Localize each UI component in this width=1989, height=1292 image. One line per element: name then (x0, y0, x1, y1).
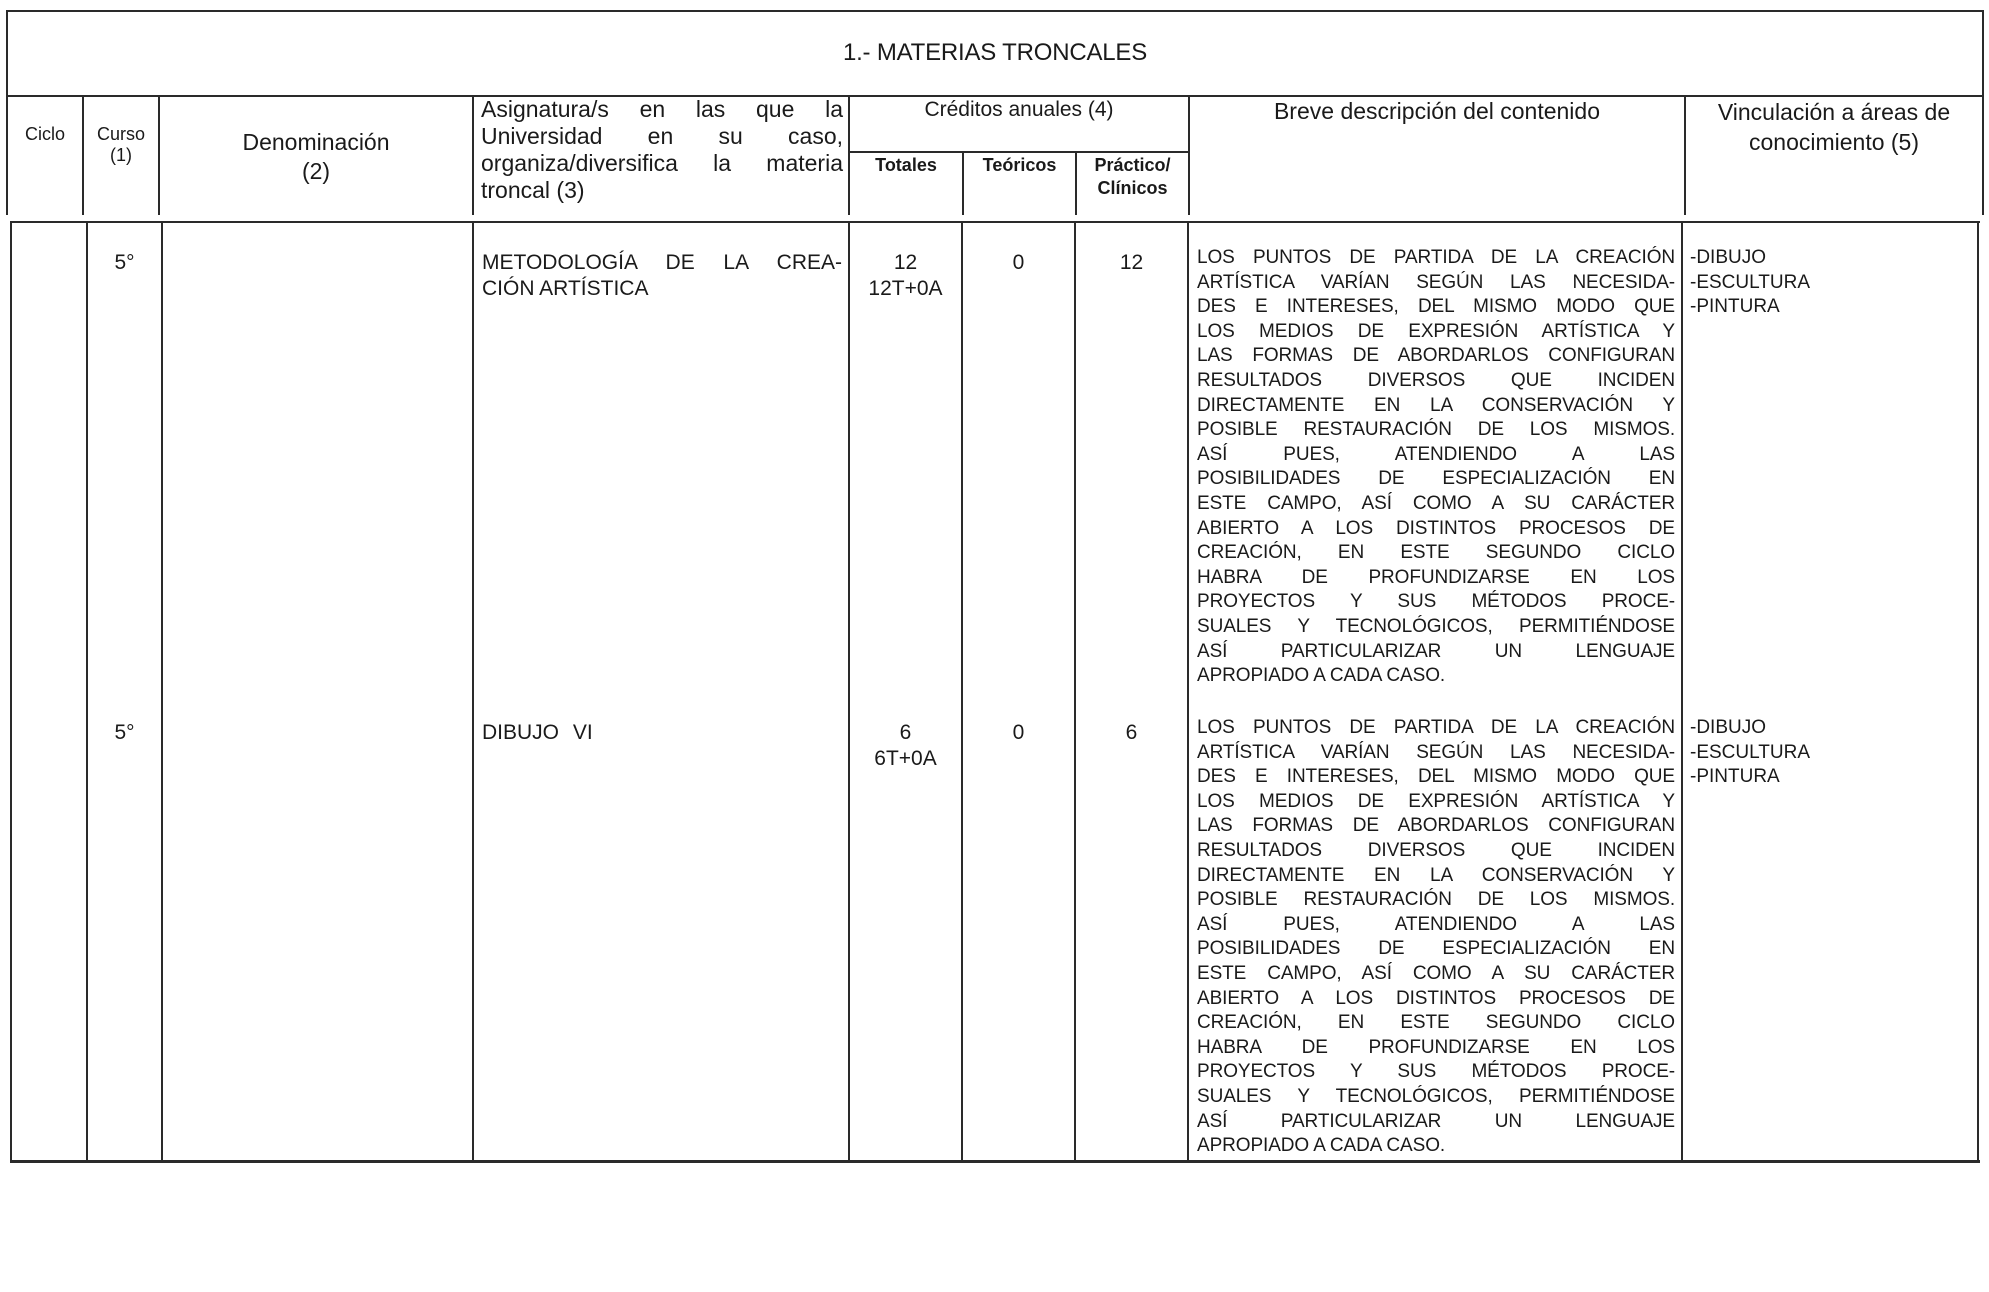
descripcion-line: APROPIADO A CADA CASO. (1197, 1134, 1675, 1159)
descripcion-line: POSIBLE RESTAURACIÓN DE LOS MISMOS. (1197, 888, 1675, 913)
header-curso: Curso (1) (84, 124, 158, 166)
border (472, 221, 474, 1162)
descripcion-line: ESTE CAMPO, ASÍ COMO A SU CARÁCTER (1197, 962, 1675, 987)
border (1074, 221, 1076, 1162)
header-curso-label: Curso (84, 124, 158, 145)
descripcion-line: RESULTADOS DIVERSOS QUE INCIDEN (1197, 839, 1675, 864)
descripcion-line: LOS MEDIOS DE EXPRESIÓN ARTÍSTICA Y (1197, 790, 1675, 815)
border (10, 221, 1980, 223)
header-denominacion-note: (2) (160, 157, 472, 186)
practicos-value: 12 (1076, 250, 1187, 276)
descripcion-line: CREACIÓN, EN ESTE SEGUNDO CICLO (1197, 541, 1675, 566)
header-practicos-line: Clínicos (1077, 177, 1188, 200)
header-asignaturas-line: Universidad en su caso, (481, 123, 843, 150)
descripcion-line: ASÍ PUES, ATENDIENDO A LAS (1197, 443, 1675, 468)
header-vinculacion: Vinculación a áreas de conocimiento (5) (1686, 97, 1982, 157)
teoricos-value: 0 (963, 720, 1074, 746)
descripcion-line: LOS MEDIOS DE EXPRESIÓN ARTÍSTICA Y (1197, 320, 1675, 345)
border (10, 221, 12, 1162)
area-item: -PINTURA (1690, 765, 1810, 790)
practicos-value: 6 (1076, 720, 1187, 746)
header-vinculacion-line: Vinculación a áreas de (1686, 97, 1982, 127)
descripcion-value: LOS PUNTOS DE PARTIDA DE LA CREACIÓNARTÍ… (1197, 246, 1675, 689)
totales-value: 12 12T+0A (850, 250, 961, 302)
area-item: -DIBUJO (1690, 246, 1810, 271)
area-item: -DIBUJO (1690, 716, 1810, 741)
descripcion-line: ABIERTO A LOS DISTINTOS PROCESOS DE (1197, 987, 1675, 1012)
header-ciclo: Ciclo (8, 124, 82, 145)
header-creditos: Créditos anuales (4) (850, 97, 1188, 123)
teoricos-value: 0 (963, 250, 1074, 276)
descripcion-line: DIRECTAMENTE EN LA CONSERVACIÓN Y (1197, 394, 1675, 419)
descripcion-line: LOS PUNTOS DE PARTIDA DE LA CREACIÓN (1197, 246, 1675, 271)
asignatura-line: CIÓN ARTÍSTICA (482, 276, 842, 302)
descripcion-line: APROPIADO A CADA CASO. (1197, 664, 1675, 689)
totales-number: 12 (850, 250, 961, 276)
descripcion-line: POSIBILIDADES DE ESPECIALIZACIÓN EN (1197, 467, 1675, 492)
asignatura-value: DIBUJO VI (482, 720, 842, 746)
descripcion-line: HABRA DE PROFUNDIZARSE EN LOS (1197, 1036, 1675, 1061)
descripcion-line: POSIBILIDADES DE ESPECIALIZACIÓN EN (1197, 937, 1675, 962)
descripcion-line: CREACIÓN, EN ESTE SEGUNDO CICLO (1197, 1011, 1675, 1036)
descripcion-line: LAS FORMAS DE ABORDARLOS CONFIGURAN (1197, 344, 1675, 369)
descripcion-line: HABRA DE PROFUNDIZARSE EN LOS (1197, 566, 1675, 591)
descripcion-line: ARTÍSTICA VARÍAN SEGÚN LAS NECESIDA- (1197, 271, 1675, 296)
border (848, 221, 850, 1162)
header-vinculacion-line: conocimiento (5) (1686, 127, 1982, 157)
descripcion-line: DIRECTAMENTE EN LA CONSERVACIÓN Y (1197, 864, 1675, 889)
header-totales: Totales (850, 154, 962, 177)
border (10, 1160, 1980, 1163)
areas-value: -DIBUJO-ESCULTURA-PINTURA (1690, 716, 1810, 790)
header-asignaturas-line: Asignatura/s en las que la (481, 96, 843, 123)
header-denominacion: Denominación (2) (160, 128, 472, 186)
descripcion-line: LAS FORMAS DE ABORDARLOS CONFIGURAN (1197, 814, 1675, 839)
header-denominacion-label: Denominación (160, 128, 472, 157)
header-teoricos: Teóricos (964, 154, 1075, 177)
header-curso-note: (1) (84, 145, 158, 166)
descripcion-line: POSIBLE RESTAURACIÓN DE LOS MISMOS. (1197, 418, 1675, 443)
totales-detail: 6T+0A (850, 746, 961, 772)
header-asignaturas: Asignatura/s en las que la Universidad e… (481, 96, 843, 204)
asignatura-value: METODOLOGÍA DE LA CREA- CIÓN ARTÍSTICA (482, 250, 842, 302)
border (161, 221, 163, 1162)
descripcion-line: ABIERTO A LOS DISTINTOS PROCESOS DE (1197, 517, 1675, 542)
border (1681, 221, 1683, 1162)
totales-number: 6 (850, 720, 961, 746)
descripcion-line: PROYECTOS Y SUS MÉTODOS PROCE- (1197, 1060, 1675, 1085)
area-item: -PINTURA (1690, 295, 1810, 320)
border (472, 95, 474, 215)
asignatura-line: METODOLOGÍA DE LA CREA- (482, 250, 842, 276)
descripcion-value: LOS PUNTOS DE PARTIDA DE LA CREACIÓNARTÍ… (1197, 716, 1675, 1159)
header-descripcion: Breve descripción del contenido (1190, 97, 1684, 125)
curso-value: 5° (88, 250, 161, 276)
descripcion-line: DES E INTERESES, DEL MISMO MODO QUE (1197, 295, 1675, 320)
asignatura-line: DIBUJO VI (482, 720, 842, 746)
descripcion-line: SUALES Y TECNOLÓGICOS, PERMITIÉNDOSE (1197, 615, 1675, 640)
border (848, 151, 1190, 153)
border (86, 221, 88, 1162)
header-practicos: Práctico/ Clínicos (1077, 154, 1188, 200)
header-asignaturas-line: organiza/diversifica la materia (481, 150, 843, 177)
descripcion-line: LOS PUNTOS DE PARTIDA DE LA CREACIÓN (1197, 716, 1675, 741)
area-item: -ESCULTURA (1690, 271, 1810, 296)
descripcion-line: ASÍ PARTICULARIZAR UN LENGUAJE (1197, 640, 1675, 665)
section-title: 1.- MATERIAS TRONCALES (6, 10, 1984, 96)
curso-value: 5° (88, 720, 161, 746)
totales-value: 6 6T+0A (850, 720, 961, 772)
border (1977, 221, 1979, 1162)
area-item: -ESCULTURA (1690, 741, 1810, 766)
areas-value: -DIBUJO-ESCULTURA-PINTURA (1690, 246, 1810, 320)
header-practicos-line: Práctico/ (1077, 154, 1188, 177)
descripcion-line: RESULTADOS DIVERSOS QUE INCIDEN (1197, 369, 1675, 394)
totales-detail: 12T+0A (850, 276, 961, 302)
descripcion-line: ARTÍSTICA VARÍAN SEGÚN LAS NECESIDA- (1197, 741, 1675, 766)
descripcion-line: PROYECTOS Y SUS MÉTODOS PROCE- (1197, 590, 1675, 615)
descripcion-line: SUALES Y TECNOLÓGICOS, PERMITIÉNDOSE (1197, 1085, 1675, 1110)
descripcion-line: ASÍ PUES, ATENDIENDO A LAS (1197, 913, 1675, 938)
descripcion-line: ESTE CAMPO, ASÍ COMO A SU CARÁCTER (1197, 492, 1675, 517)
descripcion-line: DES E INTERESES, DEL MISMO MODO QUE (1197, 765, 1675, 790)
descripcion-line: ASÍ PARTICULARIZAR UN LENGUAJE (1197, 1110, 1675, 1135)
header-asignaturas-line: troncal (3) (481, 177, 843, 204)
border (961, 221, 963, 1162)
border (1187, 221, 1189, 1162)
